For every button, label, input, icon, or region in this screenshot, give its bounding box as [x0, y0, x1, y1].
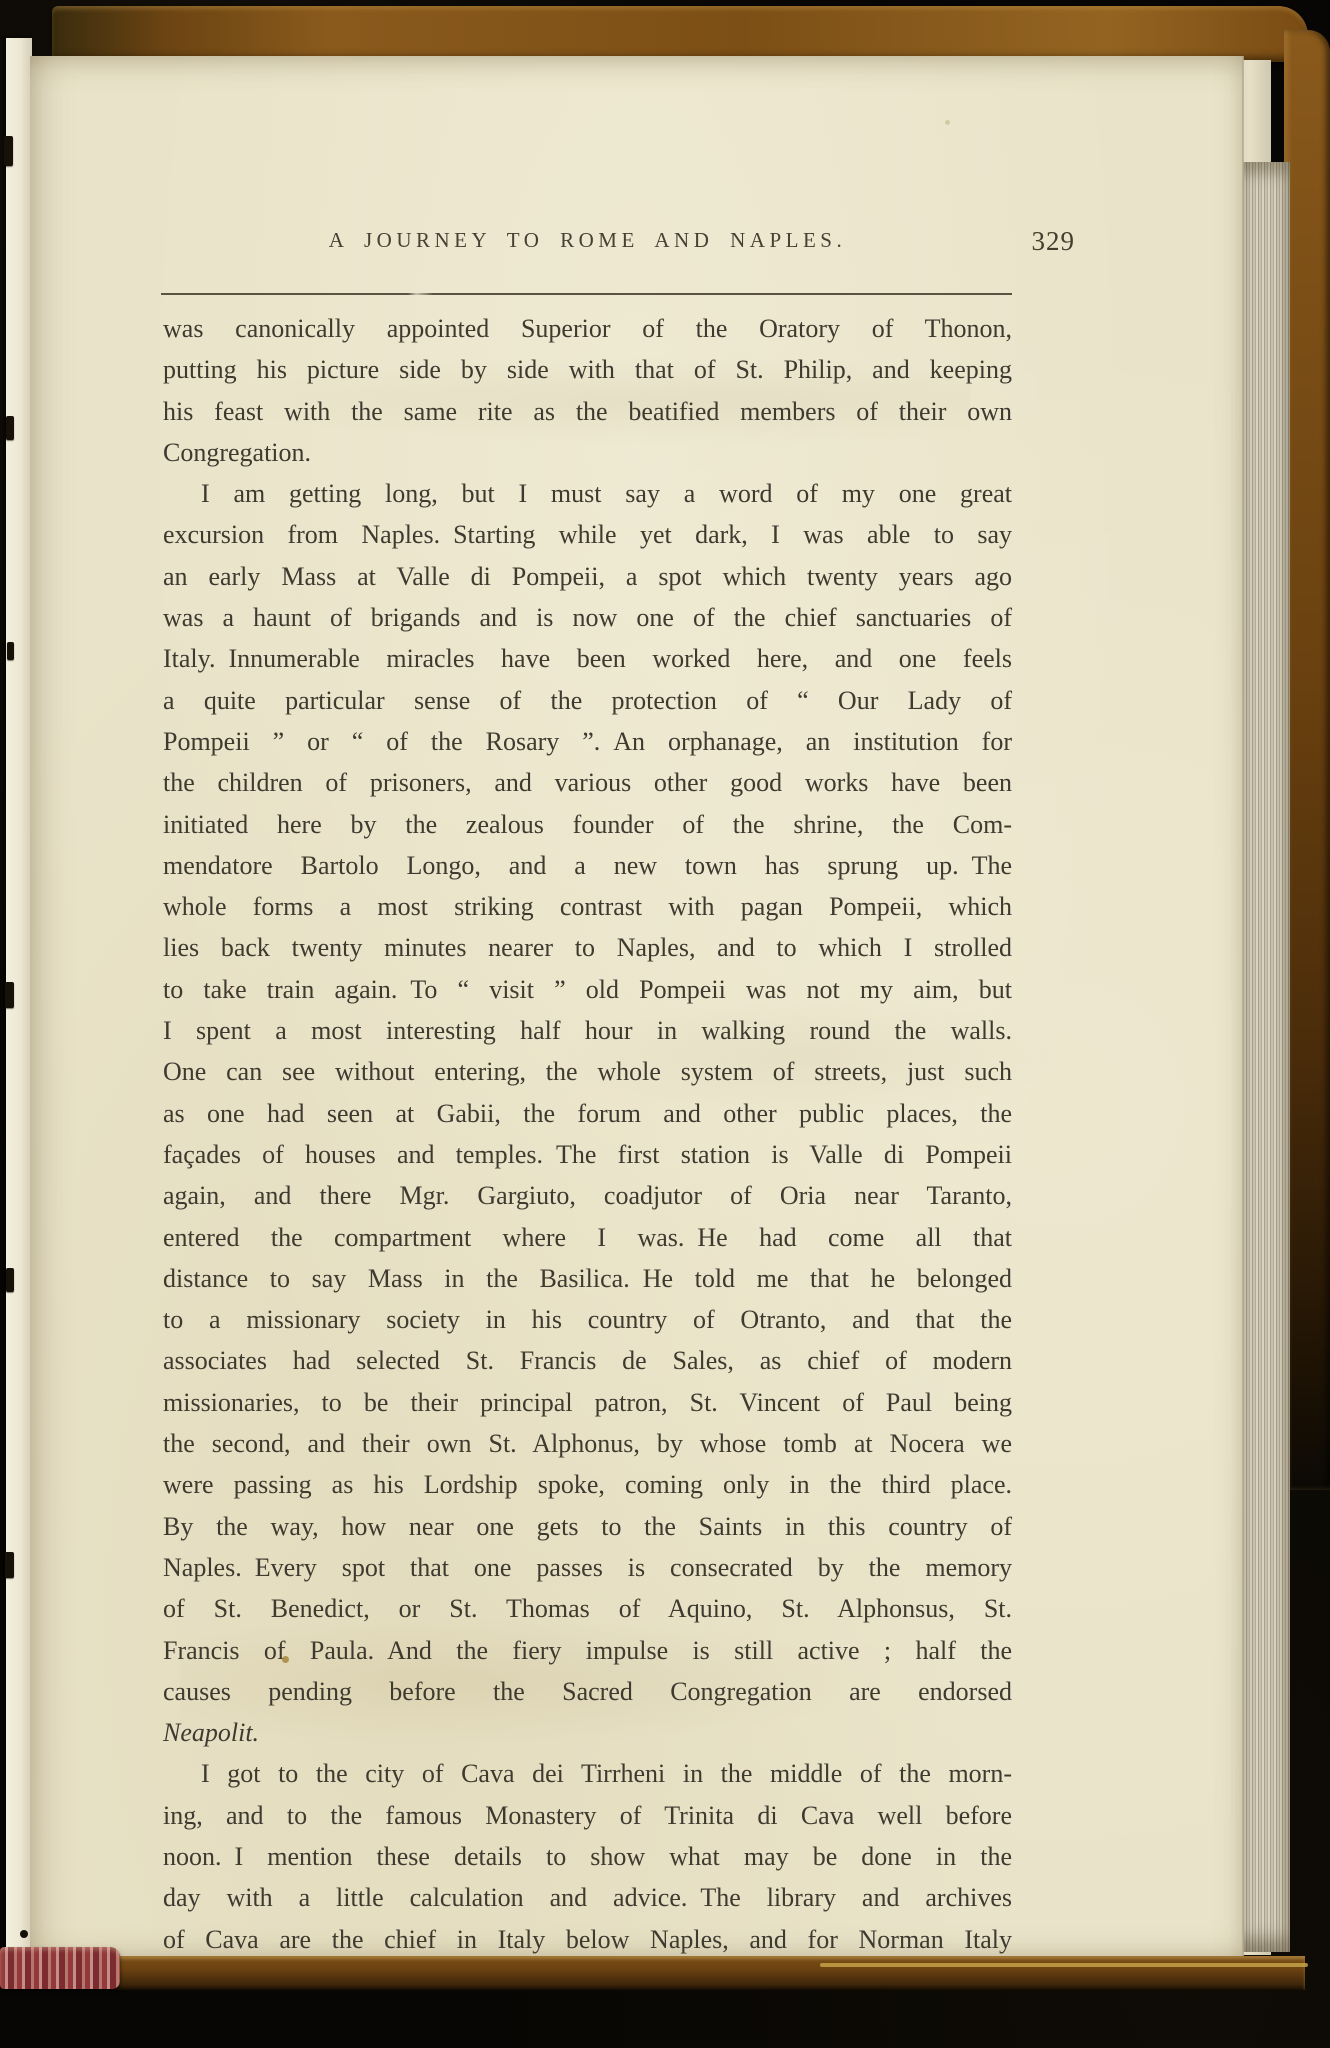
body-lines: was canonically appointed Superior of th… — [163, 308, 1012, 1960]
text-line: day with a little calculation and advice… — [163, 1877, 1012, 1918]
text-line: missionaries, to be their principal patr… — [163, 1382, 1012, 1423]
text-line: was a haunt of brigands and is now one o… — [163, 597, 1012, 638]
leather-cover-top-edge — [52, 6, 1308, 62]
text-line: of St. Benedict, or St. Thomas of Aquino… — [163, 1588, 1012, 1629]
text-line: again, and there Mgr. Gargiuto, coadjuto… — [163, 1175, 1012, 1216]
leather-cover-right-edge — [1284, 30, 1330, 1490]
torn-tab-mark — [7, 642, 14, 660]
text-line: noon. I mention these details to show wh… — [163, 1836, 1012, 1877]
text-line: was canonically appointed Superior of th… — [163, 308, 1012, 349]
dust-speck — [20, 1930, 28, 1938]
book-page: A JOURNEY TO ROME AND NAPLES. 329 was ca… — [30, 56, 1243, 1962]
text-line: his feast with the same rite as the beat… — [163, 391, 1012, 432]
text-line: entered the compartment where I was. He … — [163, 1217, 1012, 1258]
torn-tab-mark — [5, 1552, 14, 1578]
text-line: Francis of Paula. And the fiery impulse … — [163, 1630, 1012, 1671]
text-line: lies back twenty minutes nearer to Naple… — [163, 927, 1012, 968]
marbled-fore-edge — [0, 1947, 120, 1989]
text-line: I am getting long, but I must say a word… — [163, 473, 1012, 514]
text-line: initiated here by the zealous founder of… — [163, 804, 1012, 845]
torn-tab-mark — [6, 416, 14, 440]
text-line: I spent a most interesting half hour in … — [163, 1010, 1012, 1051]
text-line: distance to say Mass in the Basilica. He… — [163, 1258, 1012, 1299]
text-line: Pompeii ” or “ of the Rosary ”. An orpha… — [163, 721, 1012, 762]
text-line: Congregation. — [163, 432, 1012, 473]
text-line: a quite particular sense of the protecti… — [163, 680, 1012, 721]
text-line: One can see without entering, the whole … — [163, 1051, 1012, 1092]
text-line: to take train again. To “ visit ” old Po… — [163, 969, 1012, 1010]
page-number: 329 — [163, 226, 1075, 257]
text-line: mendatore Bartolo Longo, and a new town … — [163, 845, 1012, 886]
text-line: I got to the city of Cava dei Tirrheni i… — [163, 1753, 1012, 1794]
text-line: ing, and to the famous Monastery of Trin… — [163, 1795, 1012, 1836]
header-rule — [161, 293, 1012, 295]
text-line: whole forms a most striking contrast wit… — [163, 886, 1012, 927]
text-line: as one had seen at Gabii, the forum and … — [163, 1093, 1012, 1134]
leather-cover-bottom-edge — [105, 1956, 1305, 1990]
text-line: associates had selected St. Francis de S… — [163, 1340, 1012, 1381]
page-edge-line — [1242, 56, 1244, 1962]
text-line: By the way, how near one gets to the Sai… — [163, 1506, 1012, 1547]
torn-tab-mark — [4, 136, 13, 166]
text-line: causes pending before the Sacred Congreg… — [163, 1671, 1012, 1712]
text-line: of Cava are the chief in Italy below Nap… — [163, 1919, 1012, 1960]
text-line: putting his picture side by side with th… — [163, 349, 1012, 390]
text-line: Neapolit. — [163, 1712, 1012, 1753]
fore-edge-page-stack — [1238, 162, 1290, 1952]
text-line: Italy. Innumerable miracles have been wo… — [163, 638, 1012, 679]
text-line: façades of houses and temples. The first… — [163, 1134, 1012, 1175]
text-line: Naples. Every spot that one passes is co… — [163, 1547, 1012, 1588]
torn-tab-mark — [6, 1268, 14, 1292]
text-line: an early Mass at Valle di Pompeii, a spo… — [163, 556, 1012, 597]
book-scan: A JOURNEY TO ROME AND NAPLES. 329 was ca… — [0, 0, 1330, 2048]
text-line: were passing as his Lordship spoke, comi… — [163, 1464, 1012, 1505]
dust-speck — [282, 1656, 289, 1663]
text-line: excursion from Naples. Starting while ye… — [163, 514, 1012, 555]
text-line: to a missionary society in his country o… — [163, 1299, 1012, 1340]
gilt-edge-line — [820, 1963, 1308, 1967]
text-line: the second, and their own St. Alphonus, … — [163, 1423, 1012, 1464]
torn-tab-mark — [5, 982, 14, 1008]
text-line: the children of prisoners, and various o… — [163, 762, 1012, 803]
dust-speck — [945, 120, 950, 125]
